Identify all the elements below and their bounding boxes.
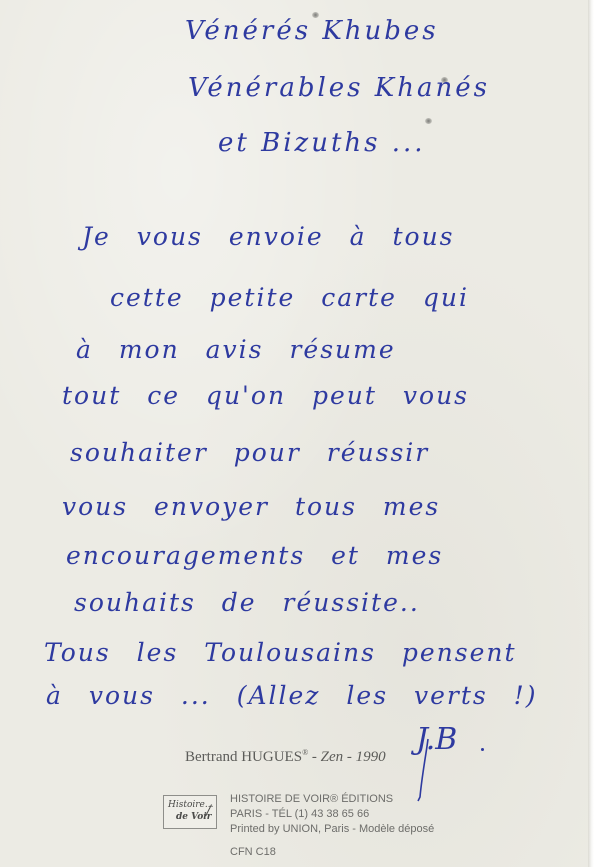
printer-info: Printed by UNION, Paris - Modèle déposé bbox=[230, 823, 434, 835]
message-line: cette petite carte qui bbox=[110, 285, 469, 310]
card-edge bbox=[588, 0, 594, 867]
credit-separator: - bbox=[343, 749, 356, 765]
message-line: souhaiter pour réussir bbox=[70, 440, 429, 465]
artwork-year: 1990 bbox=[356, 749, 386, 765]
artist-name: Bertrand HUGUES bbox=[185, 749, 302, 765]
artwork-credit: Bertrand HUGUES® - Zen - 1990 bbox=[185, 748, 386, 766]
signature-stroke bbox=[412, 735, 442, 805]
postcard-back: Vénérés Khubes Vénérables Khanés et Bizu… bbox=[0, 0, 588, 867]
publisher-name: HISTOIRE DE VOIR® ÉDITIONS bbox=[230, 793, 393, 805]
message-line: à mon avis résume bbox=[76, 337, 396, 362]
publisher-logo: Histoire... de Voir / bbox=[163, 795, 217, 829]
message-line: Tous les Toulousains pensent bbox=[44, 640, 517, 665]
artwork-title: Zen bbox=[321, 749, 344, 765]
message-line: souhaits de réussite.. bbox=[74, 590, 420, 615]
publisher-address: PARIS - TÉL (1) 43 38 65 66 bbox=[230, 808, 369, 820]
pin-hole-mark bbox=[425, 118, 432, 124]
signature-dot bbox=[481, 748, 484, 751]
greeting-line: et Bizuths ... bbox=[218, 130, 426, 156]
greeting-line: Vénérés Khubes bbox=[185, 18, 439, 44]
credit-separator: - bbox=[308, 749, 321, 765]
message-line: encouragements et mes bbox=[66, 543, 443, 568]
message-line: vous envoyer tous mes bbox=[62, 494, 440, 519]
message-line: tout ce qu'on peut vous bbox=[62, 383, 469, 408]
message-line: à vous ... (Allez les verts !) bbox=[46, 683, 537, 708]
logo-slash: / bbox=[206, 805, 211, 817]
message-line: Je vous envoie à tous bbox=[82, 224, 455, 249]
card-reference: CFN C18 bbox=[230, 846, 276, 858]
greeting-line: Vénérables Khanés bbox=[188, 75, 490, 101]
